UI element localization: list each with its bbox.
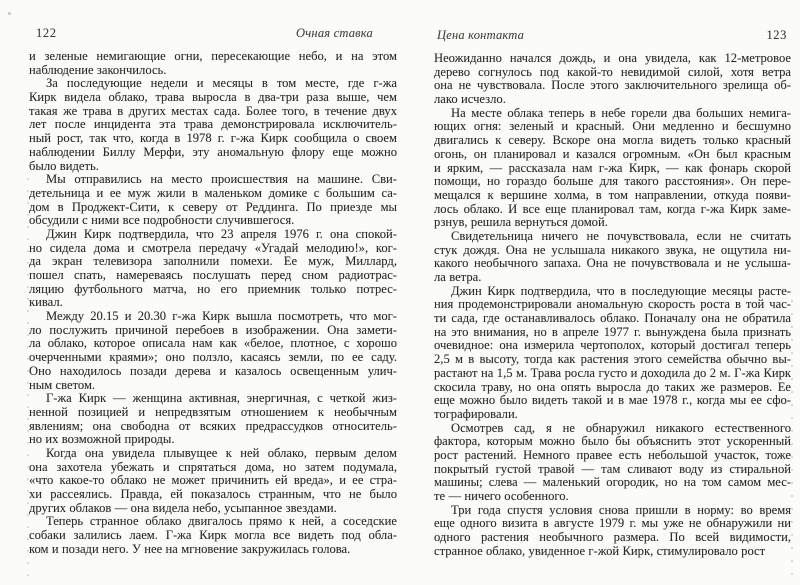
page-body-left: и зеленые немигающие огни, пересекающие … — [29, 50, 397, 556]
text-line: Джин Кирк подтвердила, что в последующие… — [434, 285, 791, 299]
paragraph: Мы отправились на место происшествия на … — [29, 173, 397, 228]
text-line: мещался к вершине холма, в том направлен… — [434, 189, 791, 203]
running-header-right: Цена контакта — [437, 28, 524, 42]
paragraph: Свидетельница ничего не почувствовала, е… — [434, 230, 791, 285]
text-line: ненной позицией и непредвзятым отношение… — [29, 406, 397, 420]
text-line: еще можно было видеть такой и в мае 1978… — [434, 394, 791, 408]
text-line: Теперь странное облако двигалось прямо к… — [29, 515, 397, 529]
paragraph: За последующие недели и месяцы в том мес… — [29, 77, 397, 173]
text-line: Свидетельница ничего не почувствовала, е… — [434, 230, 791, 244]
running-head-left: 122 Очная ставка — [29, 26, 397, 40]
paragraph: Три года спустя условия снова пришли в н… — [434, 504, 791, 559]
paragraph: Теперь странное облако двигалось прямо к… — [29, 515, 397, 556]
text-line: на это внимания, но в апреле 1977 г. вын… — [434, 326, 791, 340]
text-line: очевидное: она измерила чертополох, кото… — [434, 339, 791, 353]
text-line: Оно находилось позади дерева и казалось … — [29, 365, 397, 379]
paragraph: Неожиданно начался дождь, и она увидела,… — [434, 52, 791, 107]
text-line: фактора, которым можно было бы объяснить… — [434, 435, 791, 449]
text-line: Мы отправились на место происшествия на … — [29, 173, 397, 187]
text-line: но их возможной природы. — [29, 433, 397, 447]
text-line: дерево согнулось под какой-то невидимой … — [434, 66, 791, 80]
page-number-left: 122 — [36, 26, 57, 40]
text-line: огонь, он планировал и казался огромным.… — [434, 148, 791, 162]
scan-artifact-corner-dot — [8, 12, 11, 15]
text-line: Неожиданно начался дождь, и она увидела,… — [434, 52, 791, 66]
page-right: Цена контакта 123 Неожиданно начался дож… — [434, 0, 791, 585]
text-line: Г-жа Кирк — женщина активная, энергичная… — [29, 392, 397, 406]
text-line: машины; слева — маленький огородик, но н… — [434, 476, 791, 490]
text-line: и ярким, — рассказала нам г-жа Кирк, — к… — [434, 162, 791, 176]
text-line: На месте облака теперь в небе горели два… — [434, 107, 791, 121]
text-line: Три года спустя условия снова пришли в н… — [434, 504, 791, 518]
text-line: 2,5 м в высоту, тогда как растения этого… — [434, 353, 791, 367]
book-spread: 122 Очная ставка и зеленые немигающие ог… — [0, 0, 800, 585]
page-body-right: Неожиданно начался дождь, и она увидела,… — [434, 52, 791, 558]
text-line: скосила траву, но она опять выросла до т… — [434, 381, 791, 395]
text-line: такая же трава в других местах сада. Бол… — [29, 105, 397, 119]
page-left: 122 Очная ставка и зеленые немигающие ог… — [29, 0, 397, 585]
text-line: но сидела дома и смотрела передачу «Угад… — [29, 242, 397, 256]
text-line: двигались к северу. Вскоре она могла вид… — [434, 134, 791, 148]
text-line: ла ветра. — [434, 271, 791, 285]
text-line: ти сада, где останавливалось облако. Пон… — [434, 312, 791, 326]
text-line: Джин Кирк подтвердила, что 23 апреля 197… — [29, 228, 397, 242]
text-line: ла облако, которое описала нам как «бело… — [29, 337, 397, 351]
text-line: было видеть. — [29, 160, 397, 174]
text-line: очерченными краями»; оно ползло, касаясь… — [29, 351, 397, 365]
text-line: лет после инцидента эта трава демонстрир… — [29, 118, 397, 132]
text-line: еще одного визита в августе 1979 г. мы у… — [434, 517, 791, 531]
paragraph: и зеленые немигающие огни, пересекающие … — [29, 50, 397, 77]
paragraph: Г-жа Кирк — женщина активная, энергичная… — [29, 392, 397, 447]
text-line: других облаков — она видела небо, усыпан… — [29, 502, 397, 516]
text-line: собаки залились лаем. Г-жа Кирк могла вс… — [29, 529, 397, 543]
paragraph: Когда она увидела плывущее к ней облако,… — [29, 447, 397, 515]
text-line: покрытый густой травой — там сливают вод… — [434, 463, 791, 477]
text-line: ным светом. — [29, 379, 397, 393]
text-line: стук дождя. Она не услышала никакого зву… — [434, 244, 791, 258]
paragraph: На месте облака теперь в небе горели два… — [434, 107, 791, 230]
text-line: ющих огня: зеленый и красный. Они медлен… — [434, 120, 791, 134]
text-line: дом в Проджект-Сити, к северу от Реддинг… — [29, 201, 397, 215]
text-line: ком и позади него. У нее на мгновение за… — [29, 543, 397, 557]
text-line: и зеленые немигающие огни, пересекающие … — [29, 50, 397, 64]
text-line: странное облако, увиденное г-жой Кирк, с… — [434, 545, 791, 559]
text-line: она захотела убежать и спрятаться дома, … — [29, 461, 397, 475]
text-line: явлениям; она свободна от всяких предрас… — [29, 420, 397, 434]
text-line: Осмотрев сад, я не обнаружил никакого ес… — [434, 422, 791, 436]
text-line: обсудили с ними все подробности случивше… — [29, 214, 397, 228]
text-line: ло послужить причиной перебоев в изображ… — [29, 324, 397, 338]
text-line: да экран телевизора заполнили помехи. Ее… — [29, 255, 397, 269]
page-number-right: 123 — [766, 28, 787, 42]
text-line: наблюдение закончилось. — [29, 64, 397, 78]
text-line: хи рассеялись. Правда, ей показалось стр… — [29, 488, 397, 502]
paragraph: Джин Кирк подтвердила, что в последующие… — [434, 285, 791, 422]
running-header-left: Очная ставка — [296, 26, 373, 40]
paragraph: Джин Кирк подтвердила, что 23 апреля 197… — [29, 228, 397, 310]
text-line: рост растений. Немного правее есть небол… — [434, 449, 791, 463]
text-line: Кирк видела облако, трава выросла в два-… — [29, 91, 397, 105]
text-line: какого необычного запаха. Она не почувст… — [434, 257, 791, 271]
text-line: Между 20.15 и 20.30 г-жа Кирк вышла посм… — [29, 310, 397, 324]
text-line: те — ничего особенного. — [434, 490, 791, 504]
text-line: лако исчезло. — [434, 93, 791, 107]
text-line: растают на 1,5 м. Трава росла густо и до… — [434, 367, 791, 381]
paragraph: Между 20.15 и 20.30 г-жа Кирк вышла посм… — [29, 310, 397, 392]
scan-artifact-right-edge — [791, 300, 793, 578]
text-line: кивал. — [29, 296, 397, 310]
text-line: тографировали. — [434, 408, 791, 422]
text-line: рзнув, решила вернуться домой. — [434, 216, 791, 230]
text-line: детельница и ее муж жили в маленьком дом… — [29, 187, 397, 201]
text-line: ния продемонстрировали аномальную скорос… — [434, 298, 791, 312]
text-line: одного растения необычного размера. По в… — [434, 531, 791, 545]
text-line: За последующие недели и месяцы в том мес… — [29, 77, 397, 91]
text-line: она не чувствовала. После этого заключит… — [434, 79, 791, 93]
text-line: пошел спать, намереваясь послушать перед… — [29, 269, 397, 283]
text-line: ляцию футбольного матча, но его приемник… — [29, 283, 397, 297]
text-line: лось облако. И все еще планировал там, к… — [434, 203, 791, 217]
text-line: помощи, но гораздо больше для такого рас… — [434, 175, 791, 189]
text-line: ный рост, так что, когда в 1978 г. г-жа … — [29, 132, 397, 146]
running-head-right: Цена контакта 123 — [434, 28, 791, 42]
text-line: «что какое-то облако не может причинить … — [29, 474, 397, 488]
paragraph: Осмотрев сад, я не обнаружил никакого ес… — [434, 422, 791, 504]
text-line: наблюдении Биллу Мерфи, эту аномальную ф… — [29, 146, 397, 160]
text-line: Когда она увидела плывущее к ней облако,… — [29, 447, 397, 461]
